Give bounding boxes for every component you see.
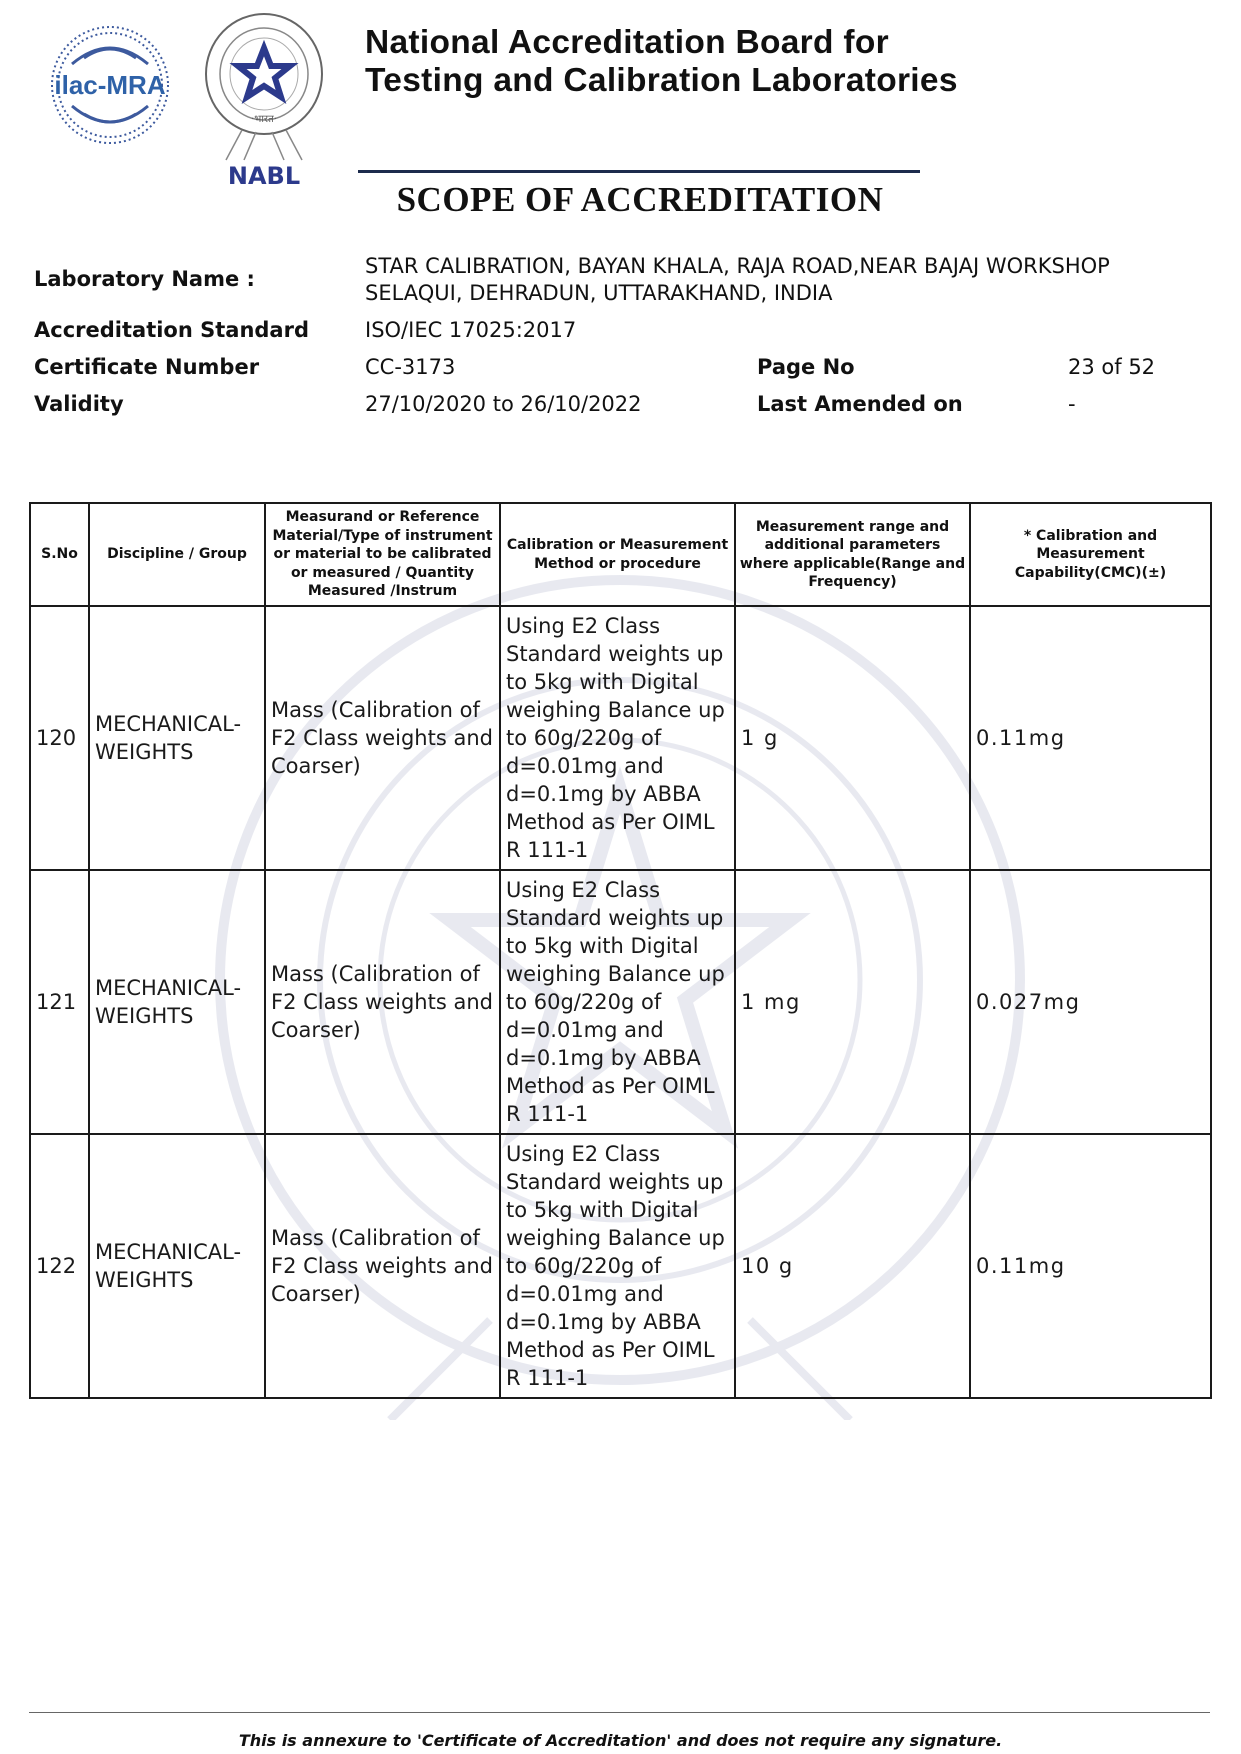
scope-table: S.No Discipline / Group Measurand or Ref… (29, 502, 1212, 1399)
certificate-number-value: CC-3173 (365, 355, 455, 379)
cell-sno: 122 (30, 1134, 89, 1398)
cell-discipline: MECHANICAL-WEIGHTS (89, 1134, 265, 1398)
cell-discipline: MECHANICAL-WEIGHTS (89, 606, 265, 870)
footer-note: This is annexure to 'Certificate of Accr… (0, 1731, 1241, 1750)
table-header-row: S.No Discipline / Group Measurand or Ref… (30, 503, 1211, 606)
cell-sno: 121 (30, 870, 89, 1134)
header-method: Calibration or Measurement Method or pro… (500, 503, 735, 606)
svg-text:NABL: NABL (228, 162, 300, 190)
last-amended-value: - (1068, 392, 1076, 416)
ilac-mra-icon: ilac-MRA (42, 22, 178, 148)
table-row: 122 MECHANICAL-WEIGHTS Mass (Calibration… (30, 1134, 1211, 1398)
validity-value: 27/10/2020 to 26/10/2022 (365, 392, 642, 416)
lab-name-line1: STAR CALIBRATION, BAYAN KHALA, RAJA ROAD… (365, 254, 1110, 278)
header-measurand: Measurand or Reference Material/Type of … (265, 503, 500, 606)
table-row: 120 MECHANICAL-WEIGHTS Mass (Calibration… (30, 606, 1211, 870)
svg-text:ilac-MRA: ilac-MRA (54, 70, 165, 100)
last-amended-label: Last Amended on (757, 392, 963, 416)
lab-name-label: Laboratory Name : (34, 267, 255, 291)
organization-title: National Accreditation Board for Testing… (365, 24, 958, 100)
header-range: Measurement range and additional paramet… (735, 503, 970, 606)
cell-cmc: 0.11mg (970, 606, 1211, 870)
organization-title-line2: Testing and Calibration Laboratories (365, 62, 958, 100)
cell-measurand: Mass (Calibration of F2 Class weights an… (265, 606, 500, 870)
cell-discipline: MECHANICAL-WEIGHTS (89, 870, 265, 1134)
accreditation-standard-value: ISO/IEC 17025:2017 (365, 318, 576, 342)
cell-range: 1 g (735, 606, 970, 870)
header-cmc: * Calibration and Measurement Capability… (970, 503, 1211, 606)
cell-range: 10 g (735, 1134, 970, 1398)
ilac-mra-logo: ilac-MRA (42, 22, 178, 148)
cell-cmc: 0.027mg (970, 870, 1211, 1134)
cell-sno: 120 (30, 606, 89, 870)
table-row: 121 MECHANICAL-WEIGHTS Mass (Calibration… (30, 870, 1211, 1134)
cell-measurand: Mass (Calibration of F2 Class weights an… (265, 1134, 500, 1398)
nabl-seal-icon: ·भारत· NABL (198, 10, 330, 190)
cell-method: Using E2 Class Standard weights up to 5k… (500, 1134, 735, 1398)
certificate-number-label: Certificate Number (34, 355, 259, 379)
cell-measurand: Mass (Calibration of F2 Class weights an… (265, 870, 500, 1134)
header-sno: S.No (30, 503, 89, 606)
page-no-value: 23 of 52 (1068, 355, 1155, 379)
cell-range: 1 mg (735, 870, 970, 1134)
footer-rule (29, 1712, 1210, 1713)
nabl-logo: ·भारत· NABL (198, 10, 330, 190)
scope-title: SCOPE OF ACCREDITATION (360, 180, 920, 220)
svg-text:·भारत·: ·भारत· (251, 114, 277, 125)
cell-method: Using E2 Class Standard weights up to 5k… (500, 870, 735, 1134)
page-no-label: Page No (757, 355, 855, 379)
accreditation-standard-label: Accreditation Standard (34, 318, 309, 342)
organization-title-line1: National Accreditation Board for (365, 24, 958, 62)
lab-name-line2: SELAQUI, DEHRADUN, UTTARAKHAND, INDIA (365, 281, 832, 305)
header-discipline: Discipline / Group (89, 503, 265, 606)
cell-method: Using E2 Class Standard weights up to 5k… (500, 606, 735, 870)
validity-label: Validity (34, 392, 124, 416)
cell-cmc: 0.11mg (970, 1134, 1211, 1398)
scope-title-rule (358, 170, 920, 173)
